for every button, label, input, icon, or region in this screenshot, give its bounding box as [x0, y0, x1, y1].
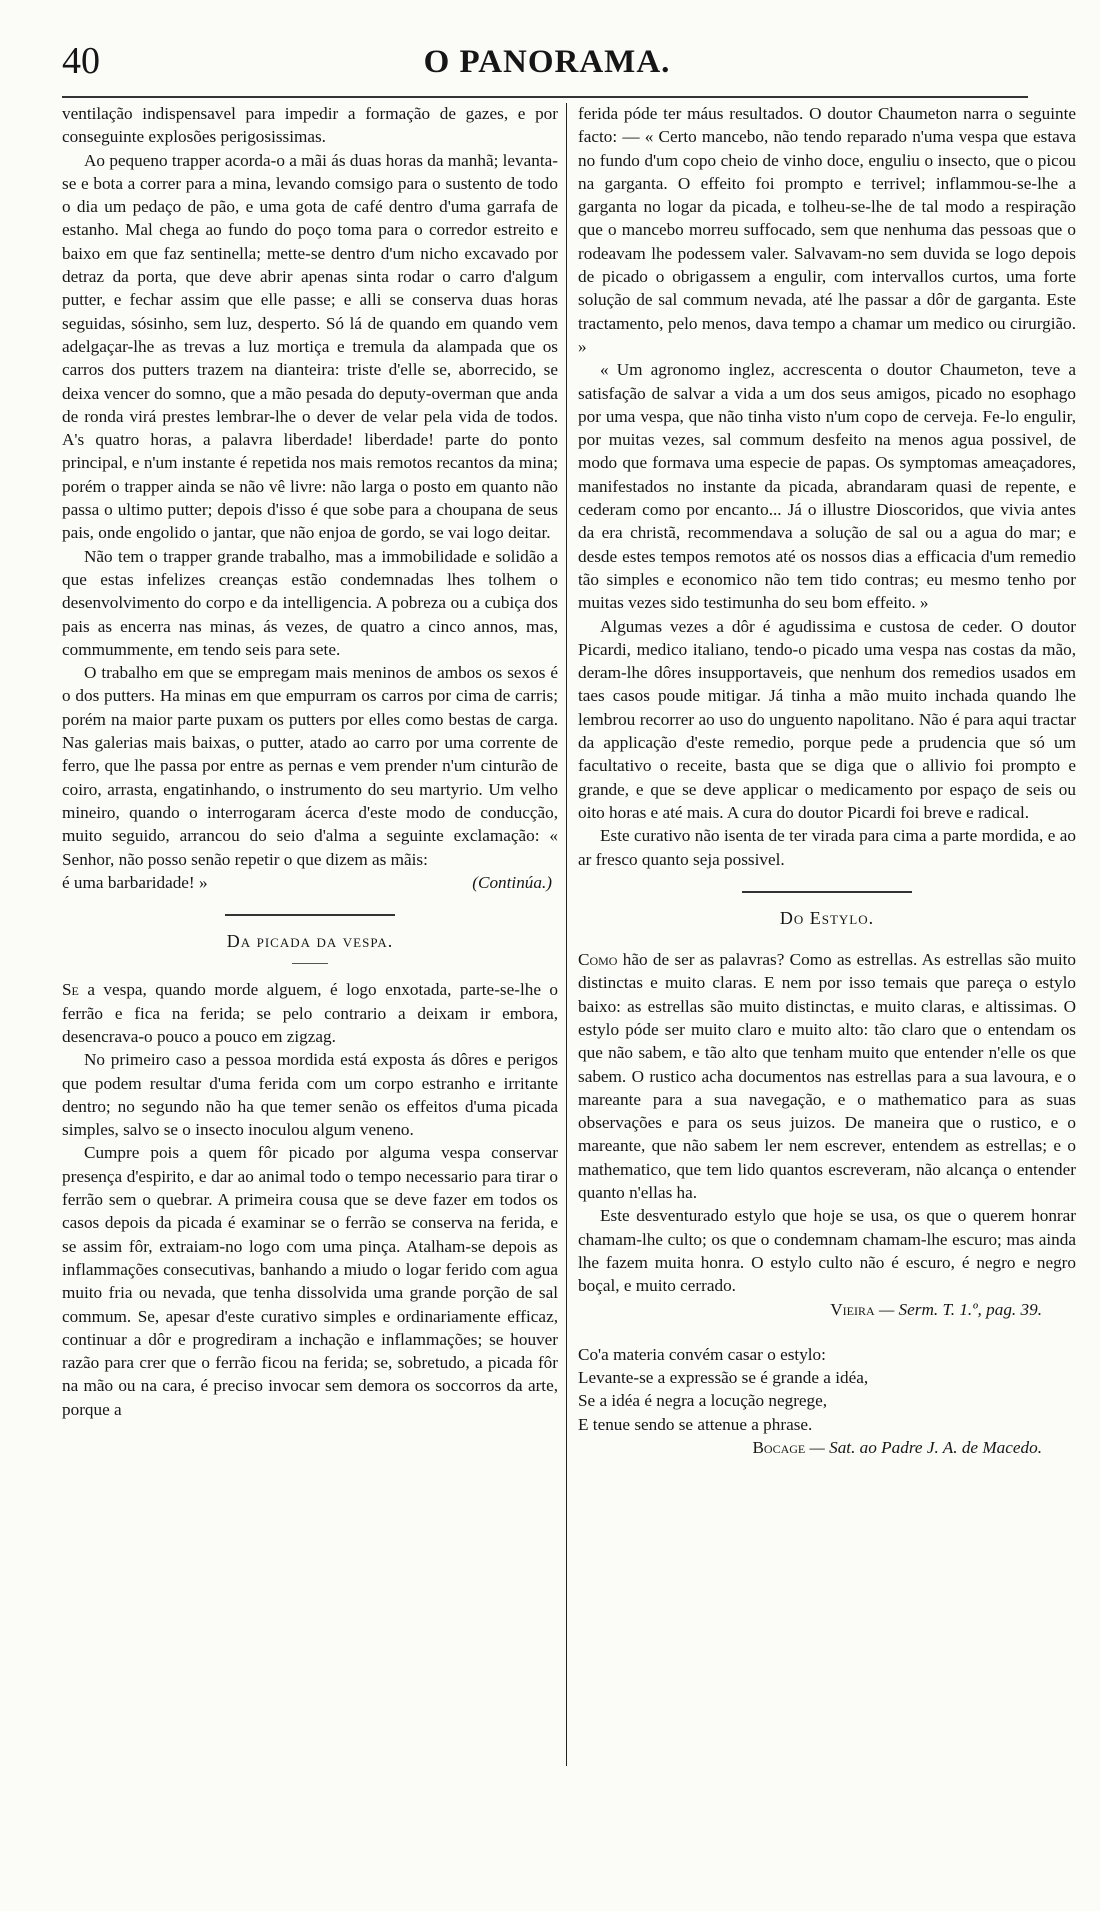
continua-label: (Continúa.): [472, 871, 558, 894]
section-divider: [225, 914, 395, 916]
column-rule: [566, 103, 567, 1766]
right-column: ferida póde ter máus resultados. O douto…: [578, 102, 1076, 1459]
paragraph: Não tem o trapper grande trabalho, mas a…: [62, 545, 558, 661]
citation-author: Vieira: [830, 1300, 874, 1319]
lead-word: Se: [62, 980, 79, 999]
verse-block: Co'a materia convém casar o estylo: Leva…: [578, 1343, 1076, 1436]
paragraph: Como hão de ser as palavras? Como as est…: [578, 948, 1076, 1204]
closing-line: é uma barbaridade! » (Continúa.): [62, 871, 558, 894]
paragraph: « Um agronomo inglez, accrescenta o dout…: [578, 358, 1076, 614]
paragraph: Ao pequeno trapper acorda-o a mãi ás dua…: [62, 149, 558, 545]
section-title-vespa: Da picada da vespa.: [62, 930, 558, 953]
verse-line: E tenue sendo se attenue a phrase.: [578, 1413, 1076, 1436]
paragraph-text: a vespa, quando morde alguem, é logo enx…: [62, 980, 558, 1046]
header-rule: [62, 96, 1028, 98]
paragraph: Este desventurado estylo que hoje se usa…: [578, 1204, 1076, 1297]
lead-word: Como: [578, 950, 617, 969]
section-title-estylo: Do Estylo.: [578, 907, 1076, 930]
verse-line: Co'a materia convém casar o estylo:: [578, 1343, 1076, 1366]
verse-author: Bocage: [752, 1438, 805, 1457]
left-column: ventilação indispensavel para impedir a …: [62, 102, 558, 1421]
masthead-title: O PANORAMA.: [62, 36, 1032, 88]
page-header: 40 O PANORAMA.: [62, 36, 1032, 86]
section-divider-short: [292, 963, 328, 964]
paragraph: Se a vespa, quando morde alguem, é logo …: [62, 978, 558, 1048]
verse-attribution: Bocage — Sat. ao Padre J. A. de Macedo.: [578, 1436, 1076, 1459]
paragraph: Este curativo não isenta de ter virada p…: [578, 824, 1076, 871]
section-divider: [742, 891, 912, 893]
paragraph: ferida póde ter máus resultados. O douto…: [578, 102, 1076, 358]
paragraph: O trabalho em que se empregam mais menin…: [62, 661, 558, 871]
paragraph: Cumpre pois a quem fôr picado por alguma…: [62, 1141, 558, 1421]
paragraph-text: hão de ser as palavras? Como as estrella…: [578, 950, 1076, 1202]
verse-line: Se a idéa é negra a locução negrege,: [578, 1389, 1076, 1412]
verse-ref: — Sat. ao Padre J. A. de Macedo.: [810, 1438, 1042, 1457]
verse-line: Levante-se a expressão se é grande a idé…: [578, 1366, 1076, 1389]
paragraph: Algumas vezes a dôr é agudissima e custo…: [578, 615, 1076, 825]
citation: Vieira — Serm. T. 1.º, pag. 39.: [578, 1298, 1076, 1321]
paragraph: ventilação indispensavel para impedir a …: [62, 102, 558, 149]
citation-ref: — Serm. T. 1.º, pag. 39.: [879, 1300, 1042, 1319]
closing-quote-text: é uma barbaridade! »: [62, 871, 208, 894]
paragraph: No primeiro caso a pessoa mordida está e…: [62, 1048, 558, 1141]
